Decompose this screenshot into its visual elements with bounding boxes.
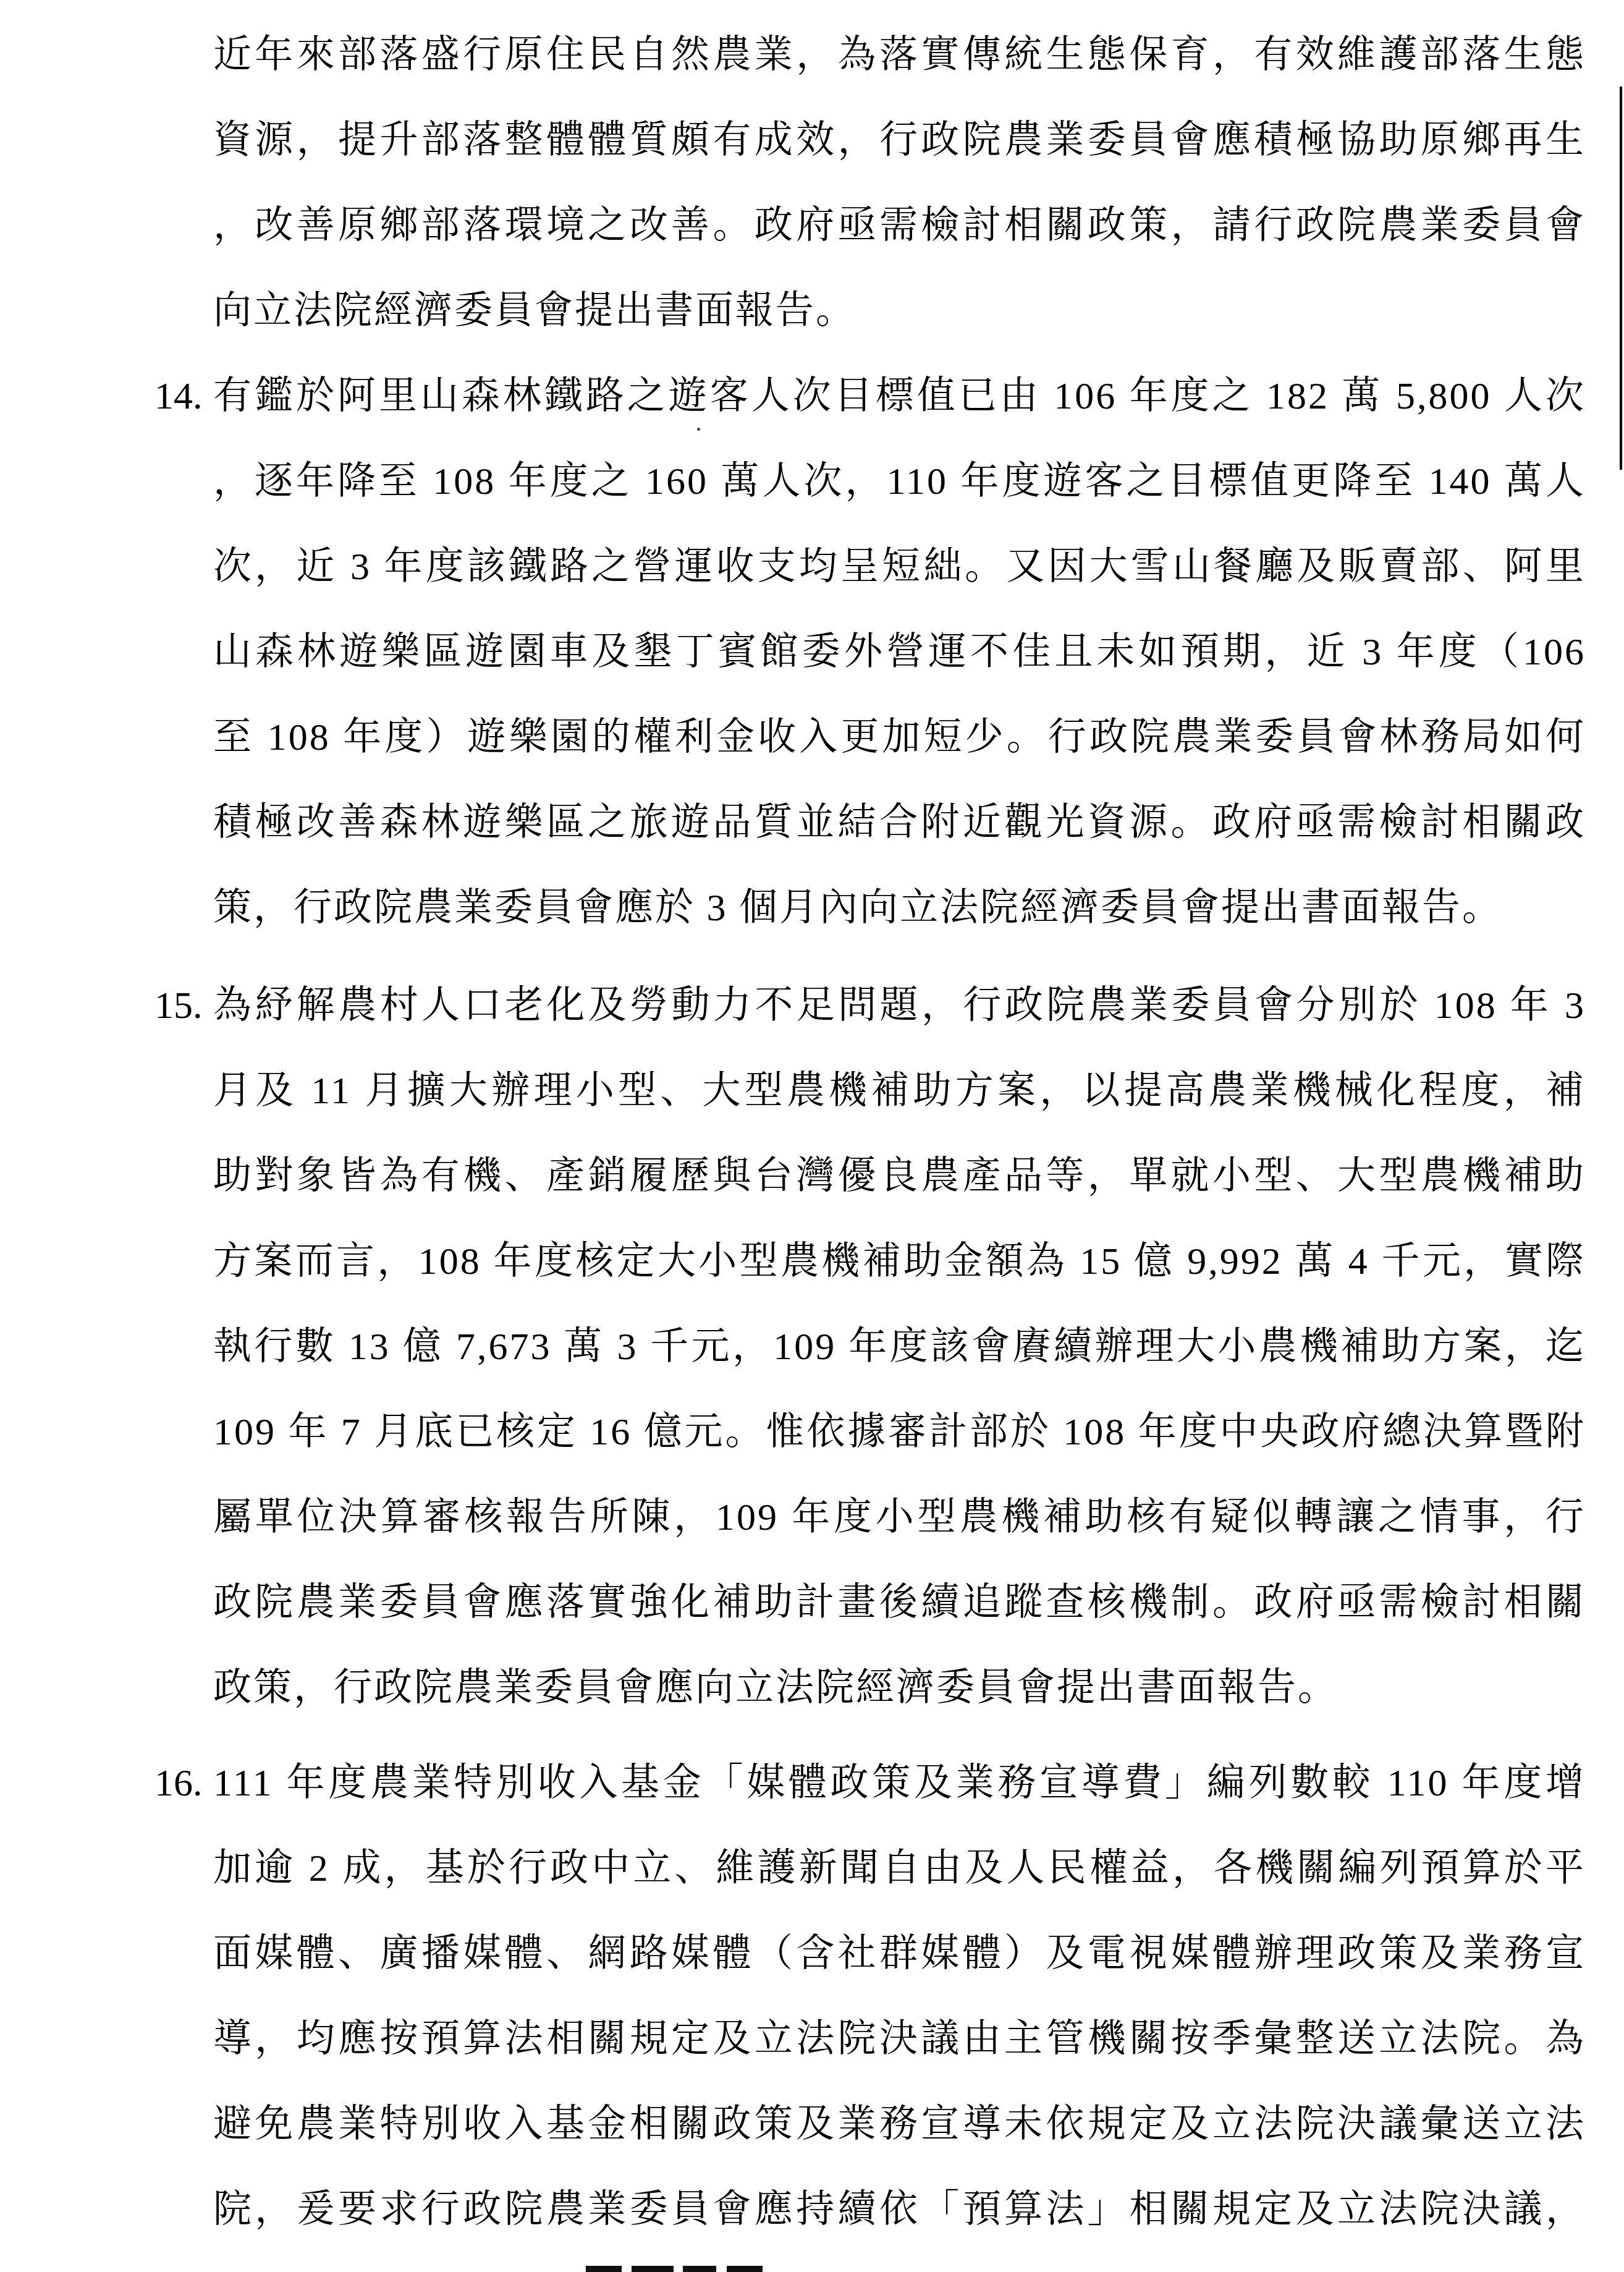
text-line: 助對象皆為有機、產銷履歷與台灣優良農產品等，單就小型、大型農機補助 [213,1134,1586,1219]
text-line: 避免農業特別收入基金相關政策及業務宣導未依規定及立法院決議彙送立法 [213,2082,1586,2167]
item-number: 15. [154,963,213,1048]
text-line: 111 年度農業特別收入基金「媒體政策及業務宣導費」編列數較 110 年度增 [213,1740,1586,1826]
paragraph-continuation: 近年來部落盛行原住民自然農業，為落實傳統生態保育，有效維護部落生態資源，提升部落… [154,12,1586,354]
list-item-16: 16.111 年度農業特別收入基金「媒體政策及業務宣導費」編列數較 110 年度… [154,1740,1586,2252]
text-line: 執行數 13 億 7,673 萬 3 千元，109 年度該會賡續辦理大小農機補助… [213,1304,1586,1389]
text-line: 屬單位決算審核報告所陳，109 年度小型農機補助核有疑似轉讓之情事，行 [213,1475,1586,1560]
item-number: 16. [154,1740,213,1826]
text-line: ，逐年降至 108 年度之 160 萬人次，110 年度遊客之目標值更降至 14… [213,439,1586,524]
text-line: 導，均應按預算法相關規定及立法院決議由主管機關按季彙整送立法院。為 [213,1996,1586,2082]
text-line: 至 108 年度）遊樂園的權利金收入更加短少。行政院農業委員會林務局如何 [213,695,1586,780]
text-line: 次，近 3 年度該鐵路之營運收支均呈短絀。又因大雪山餐廳及販賣部、阿里 [213,524,1586,609]
list-item-15: 15.為紓解農村人口老化及勞動力不足問題，行政院農業委員會分別於 108 年 3… [154,963,1586,1731]
text-line: 為紓解農村人口老化及勞動力不足問題，行政院農業委員會分別於 108 年 3 [213,963,1586,1048]
text-line: 加逾 2 成，基於行政中立、維護新聞自由及人民權益，各機關編列預算於平 [213,1826,1586,1911]
text-line: 月及 11 月擴大辦理小型、大型農機補助方案，以提高農業機械化程度，補 [213,1048,1586,1134]
text-line: 院，爰要求行政院農業委員會應持續依「預算法」相關規定及立法院決議， [213,2167,1586,2252]
text-line: 109 年 7 月底已核定 16 億元。惟依據審計部於 108 年度中央政府總決… [213,1389,1586,1475]
text-line: 面媒體、廣播媒體、網路媒體（含社群媒體）及電視媒體辦理政策及業務宣 [213,1911,1586,1996]
scan-edge-artifact [1620,87,1622,470]
item-number: 14. [154,354,213,439]
text-line: 積極改善森林遊樂區之旅遊品質並結合附近觀光資源。政府亟需檢討相關政 [213,780,1586,865]
text-line: 近年來部落盛行原住民自然農業，為落實傳統生態保育，有效維護部落生態 [213,12,1586,98]
text-line: 有鑑於阿里山森林鐵路之遊客人次目標值已由 106 年度之 182 萬 5,800… [213,354,1586,439]
text-line: 向立法院經濟委員會提出書面報告。 [213,268,1586,354]
text-line: 策，行政院農業委員會應於 3 個月內向立法院經濟委員會提出書面報告。 [213,865,1586,951]
text-line: 山森林遊樂區遊園車及墾丁賓館委外營運不佳且未如預期，近 3 年度（106 [213,609,1586,695]
text-line: 政策，行政院農業委員會應向立法院經濟委員會提出書面報告。 [213,1645,1586,1731]
text-line: ，改善原鄉部落環境之改善。政府亟需檢討相關政策，請行政院農業委員會 [213,183,1586,268]
document-body: 近年來部落盛行原住民自然農業，為落實傳統生態保育，有效維護部落生態資源，提升部落… [154,12,1586,2252]
list-item-14: 14.有鑑於阿里山森林鐵路之遊客人次目標值已由 106 年度之 182 萬 5,… [154,354,1586,951]
text-line: 方案而言，108 年度核定大小型農機補助金額為 15 億 9,992 萬 4 千… [213,1219,1586,1304]
text-line: 政院農業委員會應落實強化補助計畫後續追蹤查核機制。政府亟需檢討相關 [213,1560,1586,1645]
text-line: 資源，提升部落整體體質頗有成效，行政院農業委員會應積極協助原鄉再生 [213,98,1586,183]
scan-speck [697,428,700,431]
